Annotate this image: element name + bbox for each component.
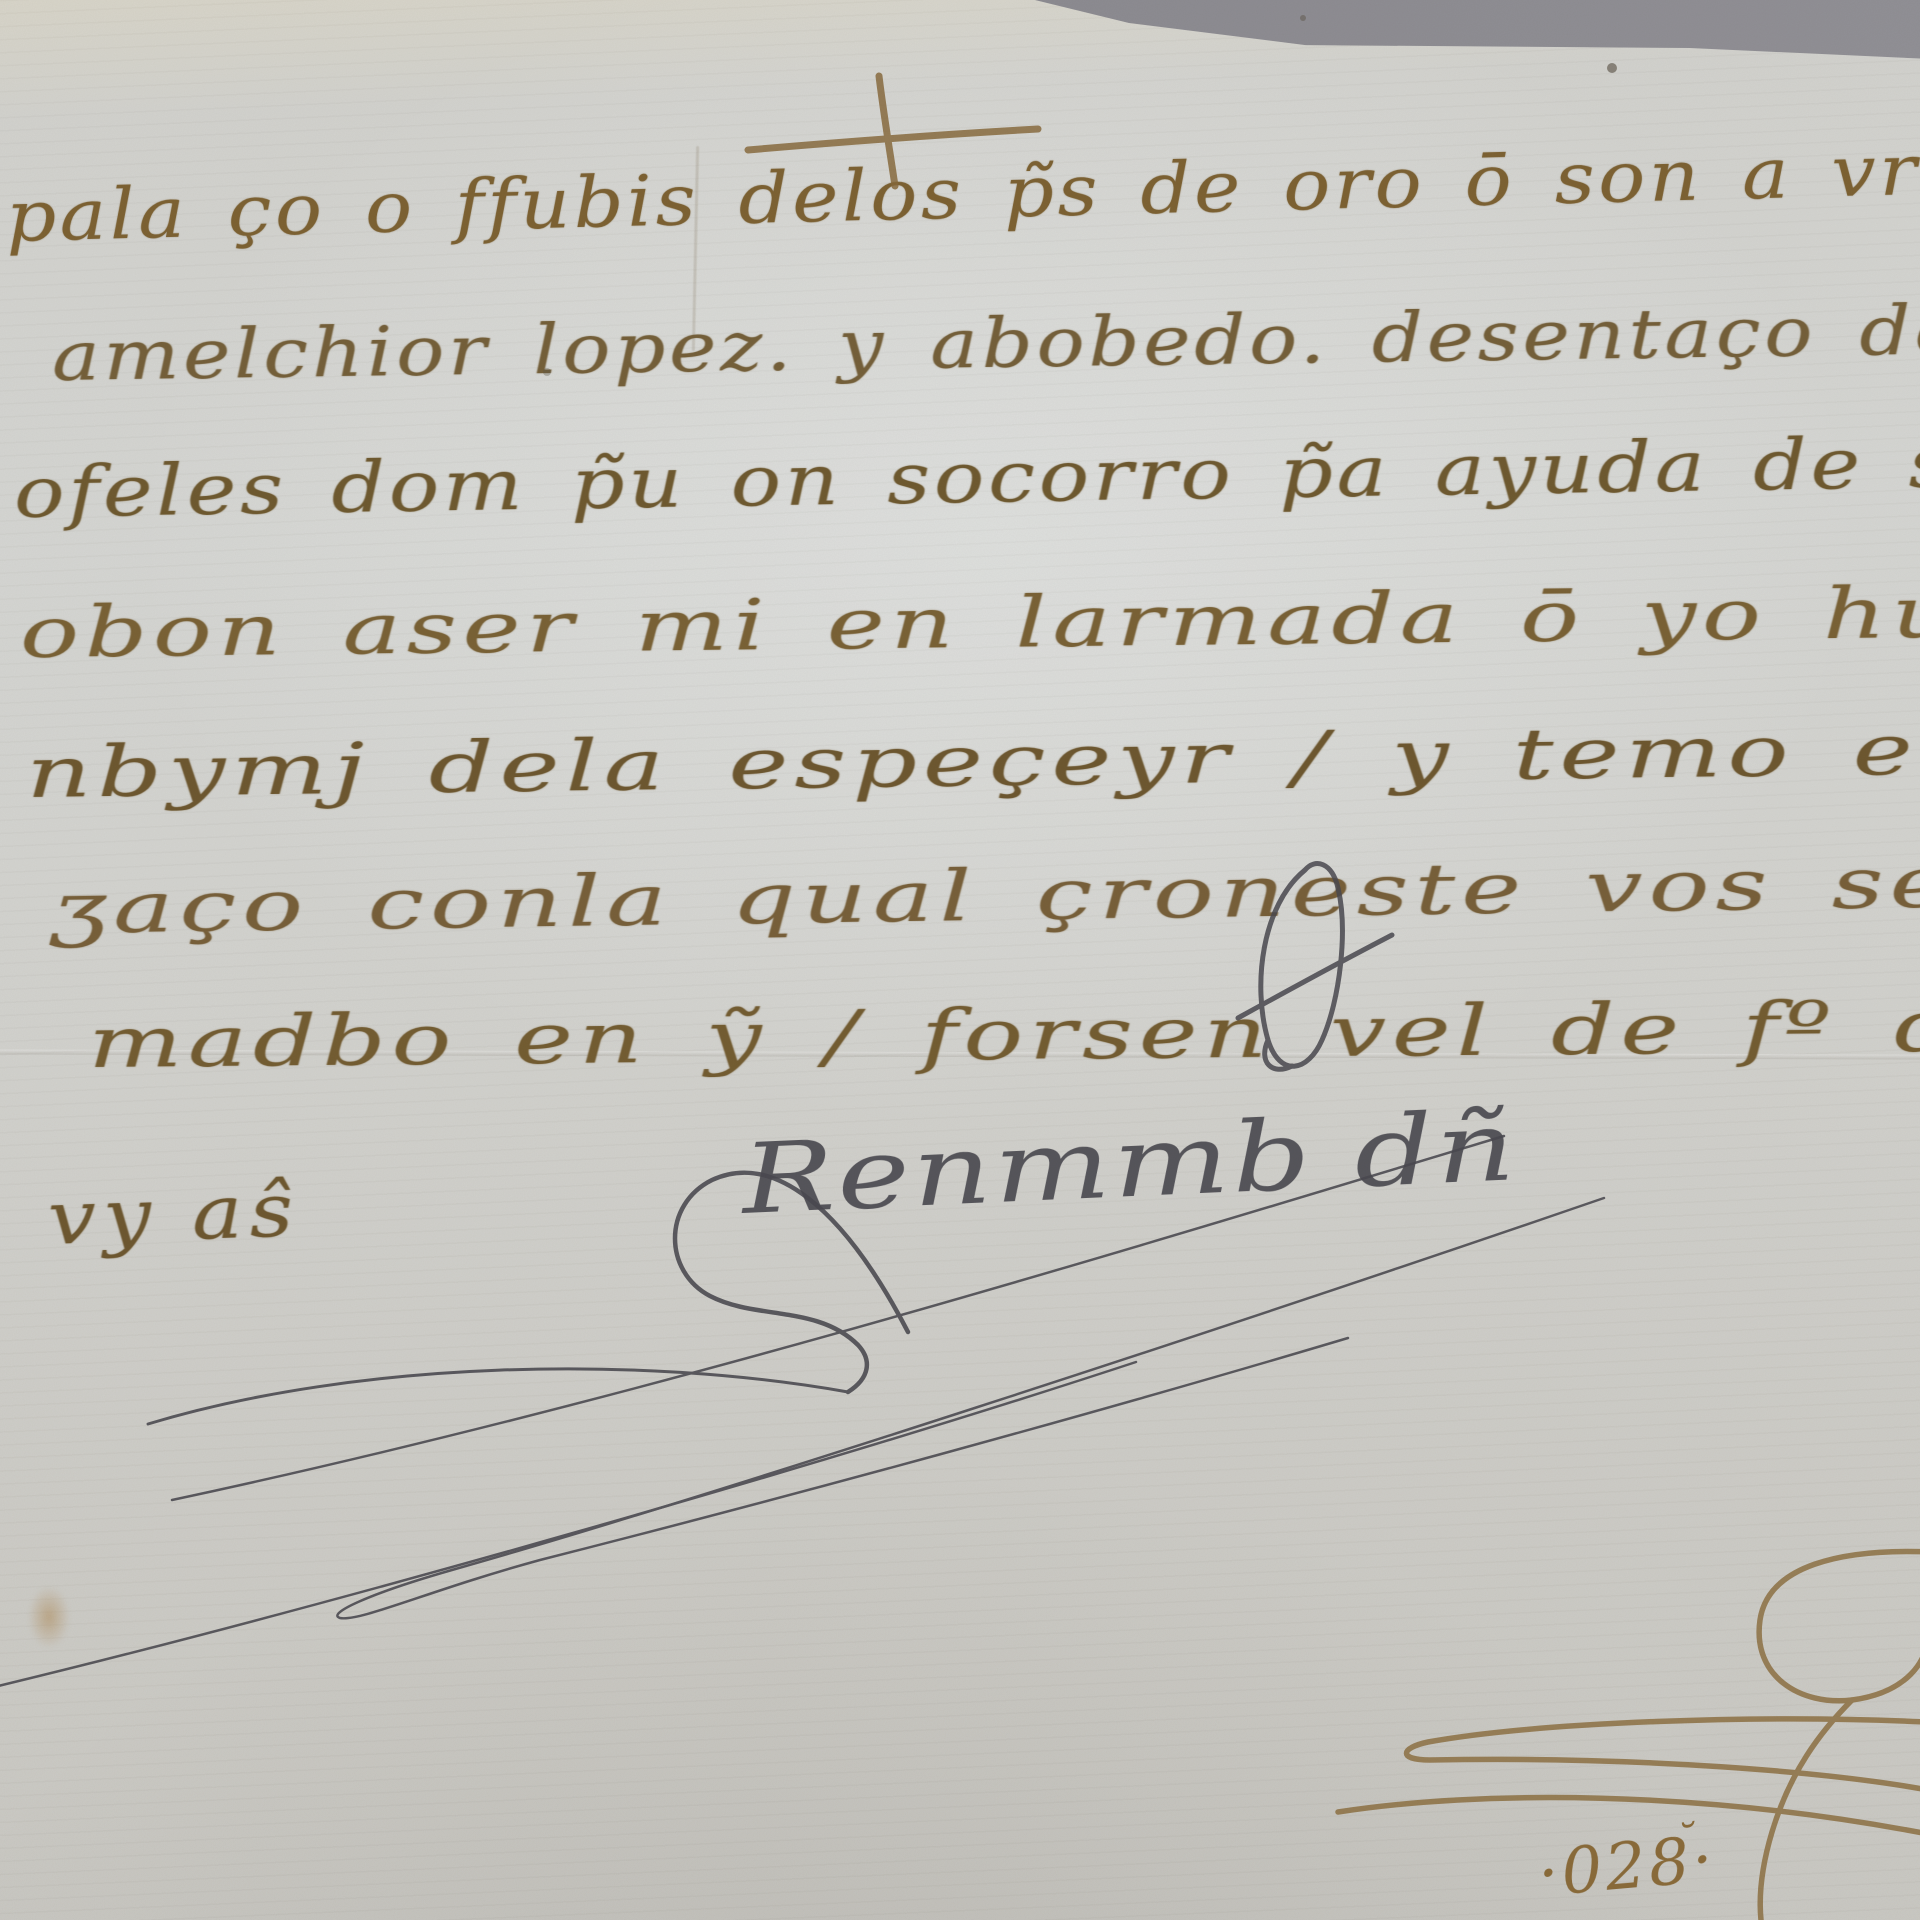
paper-sheet <box>0 0 1920 1920</box>
paper-laid-texture <box>0 0 1920 1920</box>
ink-stain <box>28 1586 70 1648</box>
manuscript-photo: pala ço o ffubis delos p̃s de oro ō son … <box>0 0 1920 1920</box>
manuscript-line-8: vy aŝ <box>46 1167 301 1262</box>
manuscript-line-7: madbo en ỹ / forsen vel de fº desp <box>88 984 1920 1084</box>
